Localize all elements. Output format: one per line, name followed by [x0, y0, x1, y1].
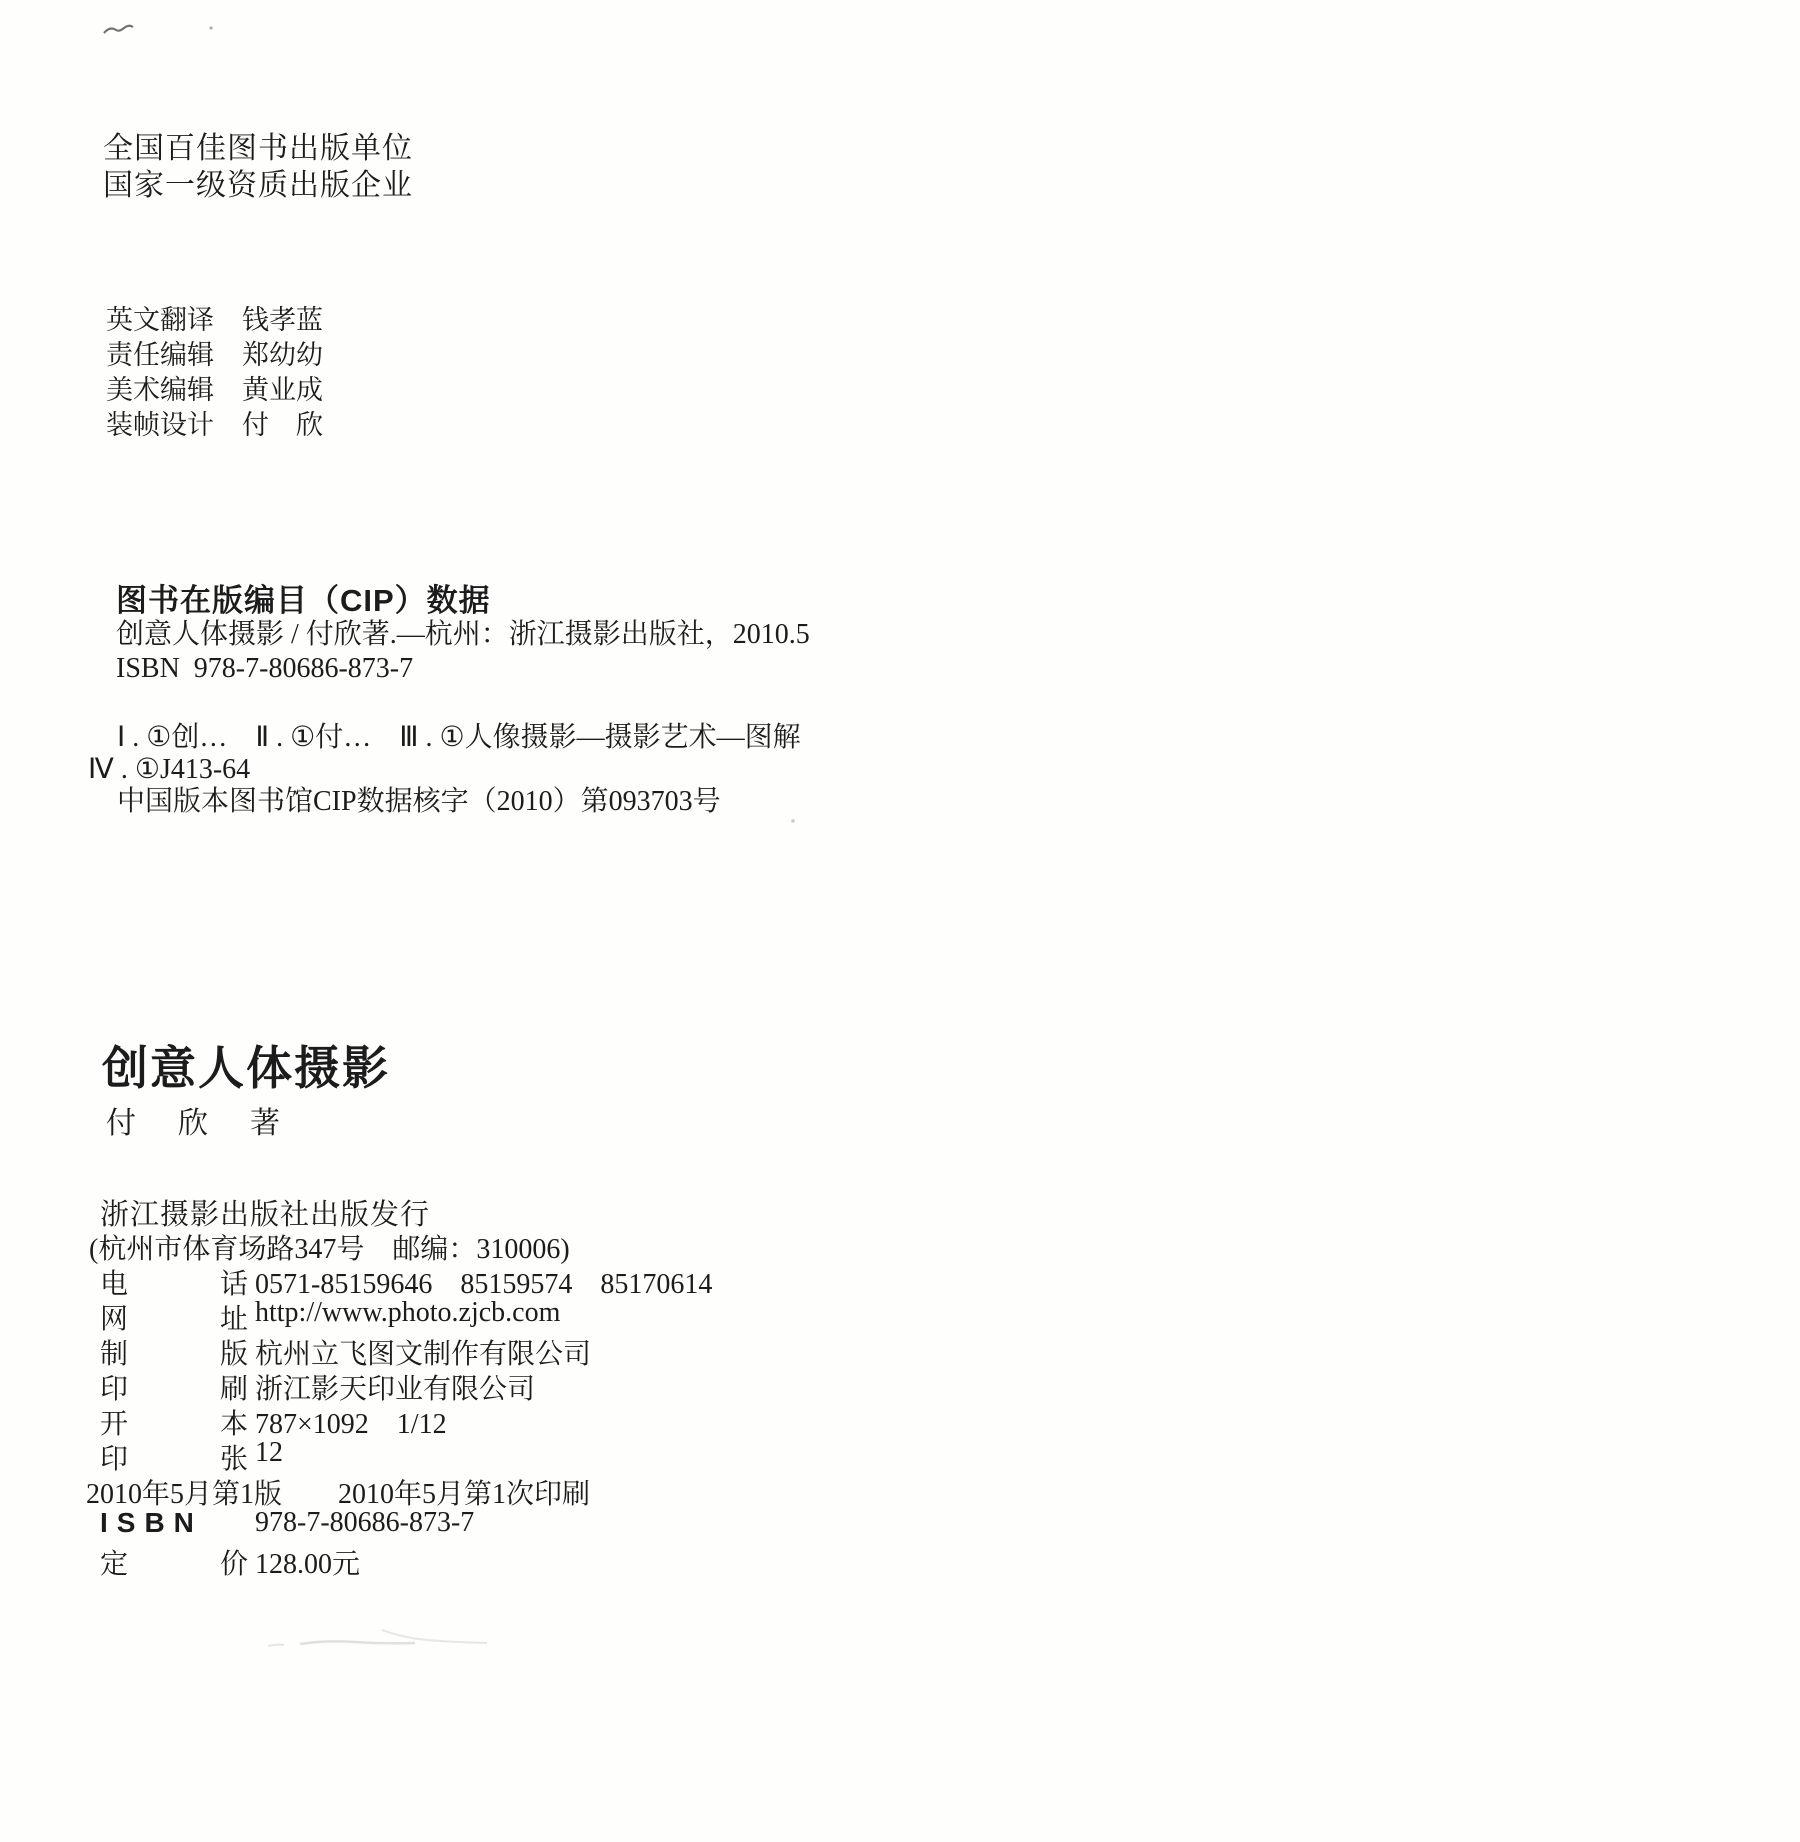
- credit-value: 钱孝蓝: [242, 303, 323, 338]
- credit-row-designer: 装帧设计 付 欣: [106, 408, 323, 443]
- imprint-label: 电话: [100, 1262, 248, 1302]
- imprint-label: 定价: [100, 1542, 248, 1582]
- imprint-row-printing: 印刷 浙江影天印业有限公司: [100, 1367, 712, 1402]
- imprint-label-char: 制: [100, 1332, 128, 1372]
- imprint-value: 0571-85159646 85159574 85170614: [255, 1262, 712, 1302]
- book-author: 付 欣 著: [106, 1098, 286, 1142]
- accolade-line-1: 全国百佳图书出版单位: [103, 130, 413, 167]
- imprint-label-char: 印: [100, 1367, 128, 1407]
- imprint-value: http://www.photo.zjcb.com: [255, 1297, 560, 1329]
- imprint-label-char: 价: [220, 1542, 248, 1582]
- credit-row-translator: 英文翻译 钱孝蓝: [106, 303, 323, 338]
- cip-class-line-2: Ⅳ . ①J413-64: [88, 754, 801, 786]
- scan-speck: [791, 819, 795, 823]
- imprint-label: 制版: [100, 1332, 248, 1372]
- imprint-label-char: 版: [220, 1332, 248, 1372]
- scan-smudge: [382, 1630, 487, 1643]
- imprint-label-char: 本: [220, 1402, 248, 1442]
- cip-record-number: 中国版本图书馆CIP数据核字（2010）第093703号: [117, 786, 801, 818]
- cip-body: 创意人体摄影 / 付欣著.—杭州：浙江摄影出版社，2010.5 ISBN 978…: [116, 618, 810, 686]
- imprint-row-isbn: ISBN 978-7-80686-873-7: [100, 1507, 712, 1542]
- imprint-block: 浙江摄影出版社出版发行 (杭州市体育场路347号 邮编：310006) 电话 0…: [100, 1192, 712, 1577]
- imprint-label-char: 开: [100, 1402, 128, 1442]
- imprint-value: 杭州立飞图文制作有限公司: [255, 1332, 591, 1372]
- imprint-value: 12: [255, 1437, 283, 1469]
- edition-line: 2010年5月第1版 2010年5月第1次印刷: [86, 1472, 712, 1507]
- imprint-label-char: 话: [220, 1262, 248, 1302]
- imprint-label-char: 电: [100, 1262, 128, 1302]
- credit-label: 装帧设计: [106, 408, 216, 443]
- imprint-label-char: 张: [220, 1437, 248, 1477]
- imprint-row-sheets: 印张 12: [100, 1437, 712, 1472]
- scan-smudge: [268, 1645, 284, 1646]
- cip-heading: 图书在版编目（CIP）数据: [116, 575, 491, 620]
- imprint-label-char: 刷: [220, 1367, 248, 1407]
- imprint-label-char: 网: [100, 1297, 128, 1337]
- cip-class-line-1: Ⅰ . ①创… Ⅱ . ①付… Ⅲ . ①人像摄影—摄影艺术—图解: [117, 722, 801, 754]
- credit-label: 英文翻译: [106, 303, 216, 338]
- imprint-row-price: 定价 128.00元: [100, 1542, 712, 1577]
- accolade-line-2: 国家一级资质出版企业: [103, 167, 413, 204]
- credit-label: 美术编辑: [106, 373, 216, 408]
- scan-squiggle: [104, 26, 133, 33]
- book-colophon-page: 全国百佳图书出版单位 国家一级资质出版企业 英文翻译 钱孝蓝 责任编辑 郑幼幼 …: [0, 0, 1800, 1842]
- credit-value: 郑幼幼: [242, 338, 323, 373]
- imprint-label-char: 定: [100, 1542, 128, 1582]
- publisher-accolade: 全国百佳图书出版单位 国家一级资质出版企业: [103, 130, 413, 204]
- credit-row-editor: 责任编辑 郑幼幼: [106, 338, 323, 373]
- imprint-label: 印张: [100, 1437, 248, 1477]
- editorial-credits: 英文翻译 钱孝蓝 责任编辑 郑幼幼 美术编辑 黄业成 装帧设计 付 欣: [106, 303, 323, 443]
- cip-title-line: 创意人体摄影 / 付欣著.—杭州：浙江摄影出版社，2010.5: [116, 618, 810, 652]
- scan-smudge: [300, 1641, 415, 1644]
- price-value: 128.00元: [255, 1542, 360, 1582]
- imprint-value: 浙江影天印业有限公司: [255, 1367, 535, 1407]
- isbn-label: ISBN: [100, 1507, 232, 1539]
- scan-speck: [209, 26, 212, 29]
- credit-value: 黄业成: [242, 373, 323, 408]
- imprint-row-website: 网址 http://www.photo.zjcb.com: [100, 1297, 712, 1332]
- imprint-value: 787×1092 1/12: [255, 1402, 447, 1442]
- publisher-name: 浙江摄影出版社出版发行: [100, 1192, 712, 1227]
- cip-classification: Ⅰ . ①创… Ⅱ . ①付… Ⅲ . ①人像摄影—摄影艺术—图解 Ⅳ . ①J…: [117, 722, 801, 818]
- imprint-row-format: 开本 787×1092 1/12: [100, 1402, 712, 1437]
- credit-label: 责任编辑: [106, 338, 216, 373]
- imprint-label-char: 印: [100, 1437, 128, 1477]
- credit-row-art-editor: 美术编辑 黄业成: [106, 373, 323, 408]
- isbn-value: 978-7-80686-873-7: [255, 1507, 474, 1539]
- imprint-row-platemaking: 制版 杭州立飞图文制作有限公司: [100, 1332, 712, 1367]
- imprint-label: 网址: [100, 1297, 248, 1337]
- imprint-label-char: 址: [220, 1297, 248, 1337]
- imprint-label: 印刷: [100, 1367, 248, 1407]
- imprint-row-phone: 电话 0571-85159646 85159574 85170614: [100, 1262, 712, 1297]
- book-title: 创意人体摄影: [102, 1032, 390, 1098]
- publisher-address: (杭州市体育场路347号 邮编：310006): [89, 1227, 712, 1262]
- cip-isbn-line: ISBN 978-7-80686-873-7: [116, 652, 810, 686]
- credit-value: 付 欣: [242, 408, 323, 443]
- imprint-label: 开本: [100, 1402, 248, 1442]
